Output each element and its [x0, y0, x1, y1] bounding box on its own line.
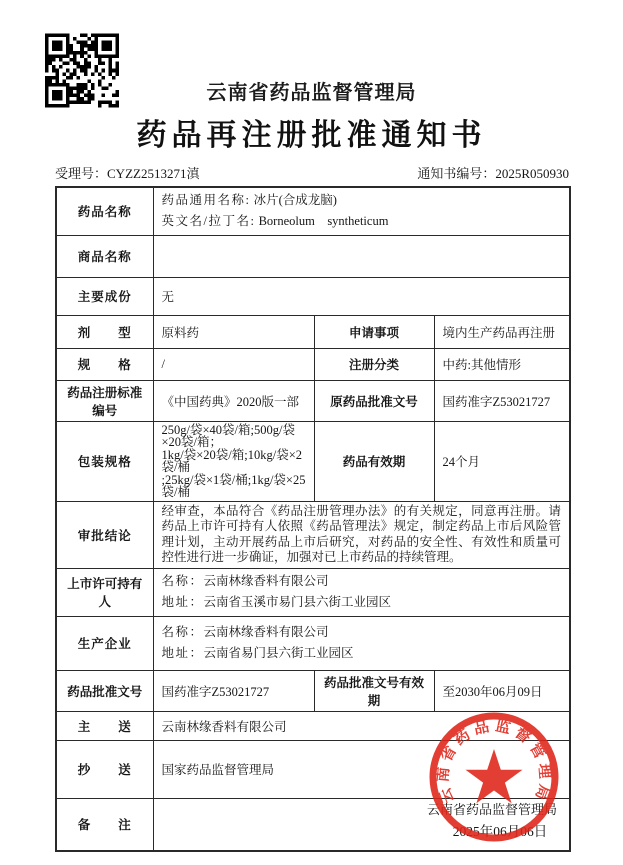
- field-value-drug-name: 药品通用名称: 冰片(合成龙脑) 英文名/拉丁名: Borneolum synt…: [153, 187, 570, 235]
- row-spec: 规 格 / 注册分类 中药:其他情形: [56, 348, 570, 380]
- field-label-remarks: 备 注: [56, 798, 153, 851]
- field-label-trade-name: 商品名称: [56, 235, 153, 277]
- field-label-ingredients: 主要成份: [56, 277, 153, 315]
- row-copy-send: 抄 送 国家药品监督管理局: [56, 740, 570, 798]
- field-label-manufacturer: 生产企业: [56, 616, 153, 670]
- holder-address: 地址：云南省玉溪市易门县六街工业园区: [162, 592, 562, 613]
- field-value-trade-name: [153, 235, 570, 277]
- field-value-main-send: 云南林缘香料有限公司: [153, 711, 570, 740]
- field-label-conclusion: 审批结论: [56, 501, 153, 568]
- field-label-spec: 规 格: [56, 348, 153, 380]
- field-label-approval-validity: 药品批准文号有效期: [314, 670, 434, 711]
- manufacturer-name: 名称：云南林缘香料有限公司: [162, 622, 562, 643]
- drug-english-name-value: Borneolum syntheticum: [259, 214, 389, 228]
- manufacturer-address-label: 地址：: [162, 646, 204, 660]
- field-value-spec: /: [153, 348, 314, 380]
- field-value-holder: 名称：云南林缘香料有限公司 地址：云南省玉溪市易门县六街工业园区: [153, 568, 570, 616]
- field-label-main-send: 主 送: [56, 711, 153, 740]
- field-value-ingredients: 无: [153, 277, 570, 315]
- signature-org: 云南省药品监督管理局: [412, 799, 572, 818]
- holder-name-value: 云南林缘香料有限公司: [204, 574, 329, 588]
- field-value-manufacturer: 名称：云南林缘香料有限公司 地址：云南省易门县六街工业园区: [153, 616, 570, 670]
- row-trade-name: 商品名称: [56, 235, 570, 277]
- approval-table: 药品名称 药品通用名称: 冰片(合成龙脑) 英文名/拉丁名: Borneolum…: [55, 186, 571, 852]
- acceptance-number-label: 受理号：: [55, 166, 107, 181]
- manufacturer-name-label: 名称：: [162, 625, 204, 639]
- document-page: 云南省药品监督管理局 药品再注册批准通知书 受理号：CYZZ2513271滇 通…: [0, 0, 623, 865]
- field-label-drug-name: 药品名称: [56, 187, 153, 235]
- holder-address-label: 地址：: [162, 595, 204, 609]
- row-manufacturer: 生产企业 名称：云南林缘香料有限公司 地址：云南省易门县六街工业园区: [56, 616, 570, 670]
- row-packaging: 包装规格 250g/袋×40袋/箱;500g/袋×20袋/箱； 1kg/袋×20…: [56, 421, 570, 501]
- field-value-conclusion: 经审查，本品符合《药品注册管理办法》的有关规定，同意再注册。请药品上市许可持有人…: [153, 501, 570, 568]
- acceptance-number-value: CYZZ2513271滇: [107, 166, 199, 181]
- field-value-orig-approval-no: 国药准字Z53021727: [434, 380, 570, 421]
- drug-generic-name: 药品通用名称: 冰片(合成龙脑): [162, 190, 562, 211]
- field-value-packaging: 250g/袋×40袋/箱;500g/袋×20袋/箱； 1kg/袋×20袋/箱;1…: [153, 421, 314, 501]
- field-value-standard-no: 《中国药典》2020版一部: [153, 380, 314, 421]
- row-main-send: 主 送 云南林缘香料有限公司: [56, 711, 570, 740]
- row-dosage-form: 剂 型 原料药 申请事项 境内生产药品再注册: [56, 315, 570, 348]
- row-standard-no: 药品注册标准编号 《中国药典》2020版一部 原药品批准文号 国药准字Z5302…: [56, 380, 570, 421]
- field-label-holder: 上市许可持有人: [56, 568, 153, 616]
- row-ingredients: 主要成份 无: [56, 277, 570, 315]
- notice-number-label: 通知书编号：: [417, 166, 495, 181]
- issuing-authority-title: 云南省药品监督管理局: [0, 76, 623, 105]
- field-label-orig-approval-no: 原药品批准文号: [314, 380, 434, 421]
- document-title: 药品再注册批准通知书: [0, 110, 623, 154]
- holder-name: 名称：云南林缘香料有限公司: [162, 571, 562, 592]
- manufacturer-address: 地址：云南省易门县六街工业园区: [162, 643, 562, 664]
- field-label-validity: 药品有效期: [314, 421, 434, 501]
- field-label-approval-no: 药品批准文号: [56, 670, 153, 711]
- holder-address-value: 云南省玉溪市易门县六街工业园区: [204, 595, 392, 609]
- drug-generic-name-value: 冰片(合成龙脑): [254, 193, 337, 207]
- field-value-approval-validity: 至2030年06月09日: [434, 670, 570, 711]
- field-label-standard-no: 药品注册标准编号: [56, 380, 153, 421]
- field-value-dosage-form: 原料药: [153, 315, 314, 348]
- field-label-dosage-form: 剂 型: [56, 315, 153, 348]
- field-label-copy-send: 抄 送: [56, 740, 153, 798]
- acceptance-number: 受理号：CYZZ2513271滇: [55, 163, 199, 182]
- manufacturer-address-value: 云南省易门县六街工业园区: [204, 646, 354, 660]
- drug-generic-name-label: 药品通用名称:: [162, 193, 251, 207]
- field-value-application: 境内生产药品再注册: [434, 315, 570, 348]
- row-drug-name: 药品名称 药品通用名称: 冰片(合成龙脑) 英文名/拉丁名: Borneolum…: [56, 187, 570, 235]
- notice-number: 通知书编号：2025R050930: [417, 163, 569, 182]
- field-label-packaging: 包装规格: [56, 421, 153, 501]
- row-holder: 上市许可持有人 名称：云南林缘香料有限公司 地址：云南省玉溪市易门县六街工业园区: [56, 568, 570, 616]
- drug-english-name-label: 英文名/拉丁名:: [162, 214, 256, 228]
- notice-number-value: 2025R050930: [495, 166, 569, 181]
- field-value-approval-no: 国药准字Z53021727: [153, 670, 314, 711]
- meta-row: 受理号：CYZZ2513271滇 通知书编号：2025R050930: [55, 163, 569, 182]
- drug-english-name: 英文名/拉丁名: Borneolum syntheticum: [162, 211, 562, 232]
- signature-date: 2025年06月06日: [414, 820, 586, 840]
- field-label-reg-class: 注册分类: [314, 348, 434, 380]
- field-label-application: 申请事项: [314, 315, 434, 348]
- manufacturer-name-value: 云南林缘香料有限公司: [204, 625, 329, 639]
- field-value-reg-class: 中药:其他情形: [434, 348, 570, 380]
- row-conclusion: 审批结论 经审查，本品符合《药品注册管理办法》的有关规定，同意再注册。请药品上市…: [56, 501, 570, 568]
- field-value-copy-send: 国家药品监督管理局: [153, 740, 570, 798]
- field-value-validity: 24个月: [434, 421, 570, 501]
- holder-name-label: 名称：: [162, 574, 204, 588]
- row-approval-no: 药品批准文号 国药准字Z53021727 药品批准文号有效期 至2030年06月…: [56, 670, 570, 711]
